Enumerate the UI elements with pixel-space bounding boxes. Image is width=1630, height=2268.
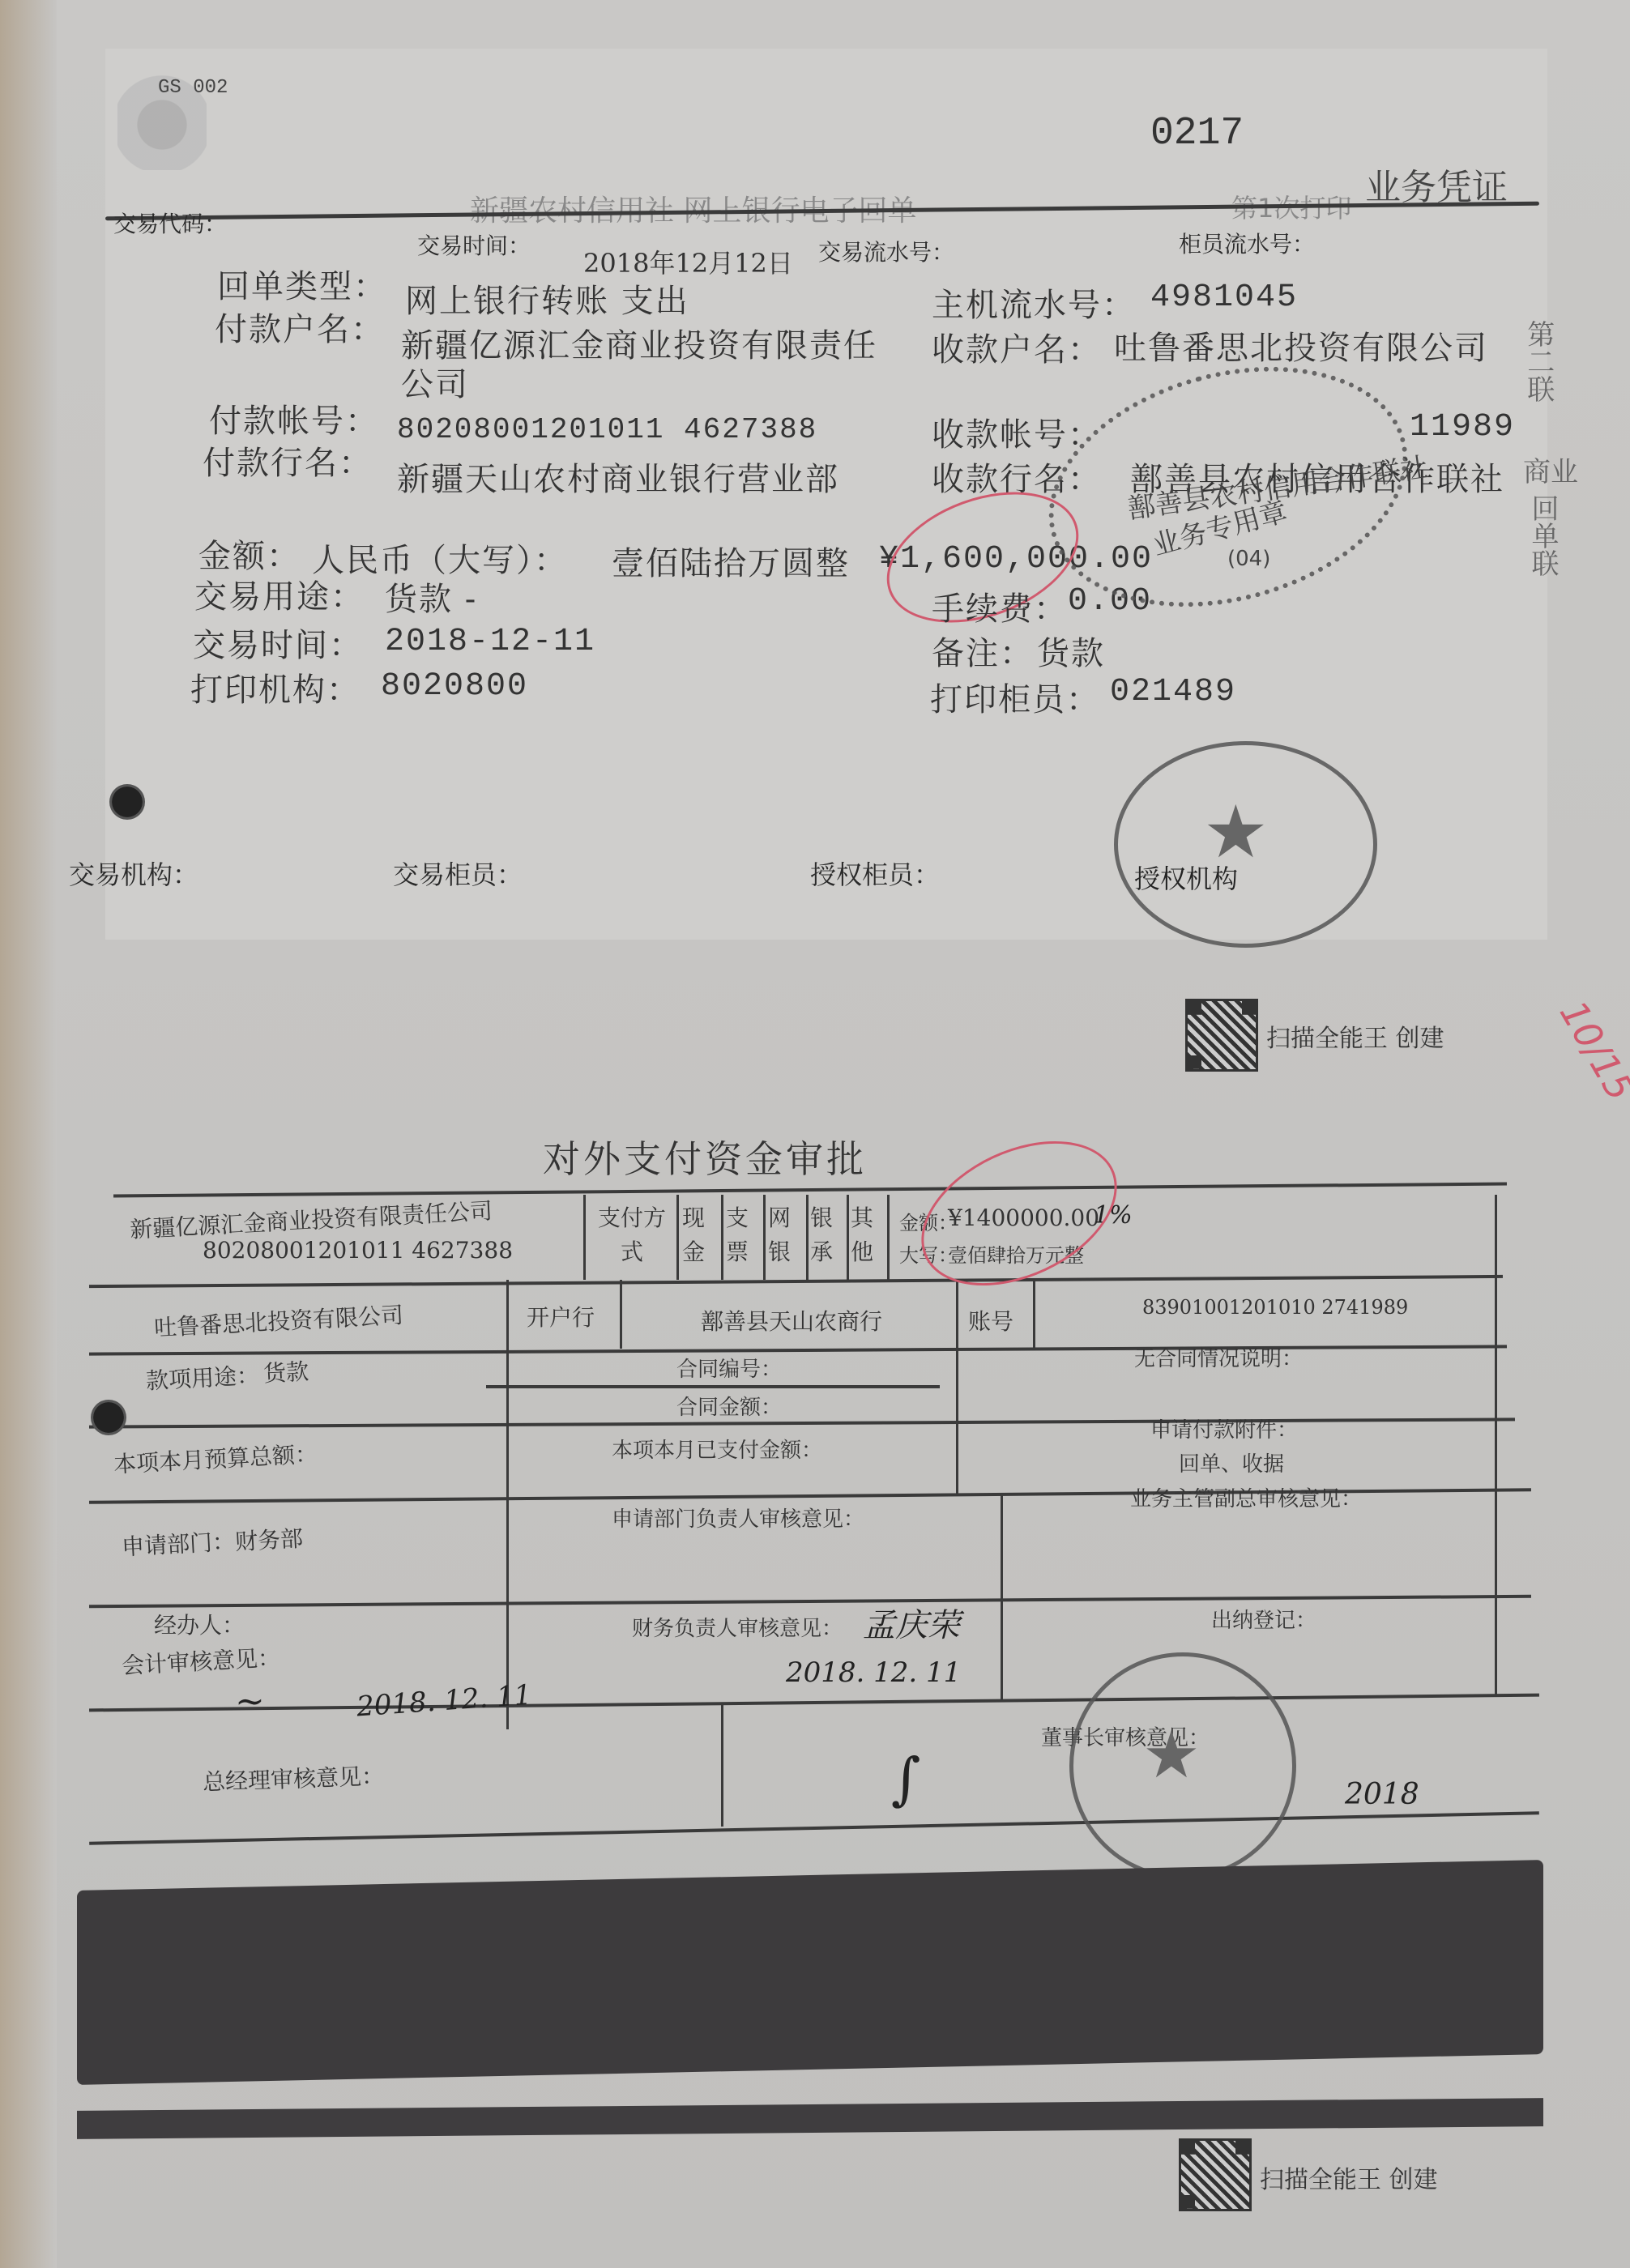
remark-value: 货款 bbox=[1037, 628, 1105, 674]
trade-code-label: 交易代码： bbox=[113, 207, 227, 239]
dept-head-opinion-label: 申请部门负责人审核意见： bbox=[612, 1503, 864, 1533]
bank-value: 鄯善县天山农商行 bbox=[701, 1304, 882, 1336]
scanner-watermark: 扫描全能王 创建 bbox=[1266, 1018, 1444, 1054]
payee-account-value: 11989 bbox=[1410, 409, 1515, 446]
bank-logo-icon bbox=[117, 57, 207, 170]
row-line bbox=[89, 1417, 1515, 1428]
side-mark-2: 二 bbox=[1522, 347, 1555, 375]
logo-code: GS 002 bbox=[158, 77, 228, 99]
payment-method-check[interactable]: 支票 bbox=[726, 1201, 762, 1269]
accountant-signature: ~ bbox=[235, 1681, 265, 1722]
punch-hole bbox=[91, 1400, 126, 1435]
bank-label: 开户行 bbox=[527, 1300, 595, 1332]
row-line bbox=[89, 1694, 1539, 1712]
payer-name-value: 新疆亿源汇金商业投资有限责任 bbox=[401, 320, 877, 366]
side-mark-bottom: 回单联 bbox=[1523, 494, 1563, 577]
chairman-date-initials: 2018 bbox=[1345, 1778, 1419, 1811]
attachments-value: 回单、收据 bbox=[1179, 1447, 1284, 1477]
monthly-paid-label: 本项本月已支付金额： bbox=[612, 1434, 822, 1464]
purpose-value: 货款 - bbox=[385, 573, 477, 620]
payment-method-other[interactable]: 其他 bbox=[851, 1201, 886, 1269]
teller-serial-label: 柜员流水号： bbox=[1179, 227, 1315, 259]
copy-mark: 第二联 bbox=[1521, 320, 1555, 403]
col-line bbox=[887, 1195, 890, 1280]
col-line bbox=[956, 1280, 958, 1349]
monthly-budget-label: 本项本月预算总额： bbox=[113, 1436, 318, 1479]
contract-no-label: 合同编号： bbox=[676, 1353, 782, 1383]
payee-name-value: 吐鲁番思北投资有限公司 bbox=[1114, 322, 1488, 369]
handler-label: 经办人： bbox=[154, 1608, 245, 1640]
chairman-signature: ∫ bbox=[891, 1746, 920, 1812]
host-serial-value: 4981045 bbox=[1150, 279, 1298, 316]
payer-bank-value: 新疆天山农村商业银行营业部 bbox=[397, 454, 839, 500]
side-mark-1: 第 bbox=[1522, 320, 1555, 347]
department-label: 申请部门： bbox=[121, 1524, 236, 1562]
stamp-code: (04) bbox=[1227, 547, 1270, 571]
col-line bbox=[1001, 1494, 1003, 1701]
row-line bbox=[113, 1182, 1507, 1197]
voucher-number: 0217 bbox=[1150, 112, 1244, 156]
cashier-label: 出纳登记： bbox=[1211, 1604, 1316, 1634]
purpose-value: 货款 bbox=[262, 1354, 309, 1389]
side-mark-3: 联 bbox=[1522, 375, 1555, 403]
col-line bbox=[763, 1195, 766, 1280]
fee-label: 手续费： bbox=[932, 583, 1068, 629]
payer-account-label: 付款帐号： bbox=[209, 395, 379, 441]
contract-amount-label: 合同金额： bbox=[676, 1391, 782, 1421]
star-icon: ★ bbox=[1142, 1717, 1201, 1793]
trade-teller-label: 交易柜员： bbox=[393, 855, 523, 892]
col-line bbox=[847, 1195, 849, 1280]
side-mark-7: 联 bbox=[1526, 549, 1559, 577]
payer-name-label: 付款户名： bbox=[215, 304, 385, 350]
col-line bbox=[1495, 1195, 1497, 1697]
trade-date-label: 交易时间： bbox=[193, 620, 363, 666]
host-serial-label: 主机流水号： bbox=[932, 279, 1136, 326]
trade-serial-label: 交易流水号： bbox=[818, 235, 954, 267]
form-title: 对外支付资金审批 bbox=[543, 1130, 867, 1183]
no-contract-label: 无合同情况说明： bbox=[1134, 1342, 1303, 1372]
payer-account: 80208001201011 4627388 bbox=[203, 1237, 513, 1264]
finance-head-signature: 孟庆荣 bbox=[863, 1600, 960, 1646]
col-line bbox=[956, 1349, 958, 1494]
print-teller-value: 021489 bbox=[1110, 674, 1236, 710]
amount-caps-value: 壹佰陆拾万圆整 bbox=[612, 538, 850, 584]
trade-date-value: 2018-12-11 bbox=[385, 624, 595, 660]
auth-org-label: 授权机构 bbox=[1134, 859, 1238, 896]
col-line bbox=[620, 1280, 622, 1349]
trade-time-label: 交易时间： bbox=[417, 228, 531, 261]
auth-teller-label: 授权柜员： bbox=[810, 855, 940, 892]
scanner-watermark: 扫描全能王 创建 bbox=[1260, 2159, 1438, 2195]
vp-opinion-label: 业务主管副总审核意见： bbox=[1130, 1482, 1362, 1512]
side-mark-6: 单 bbox=[1526, 522, 1559, 549]
finance-head-date: 2018. 12. 11 bbox=[786, 1656, 961, 1689]
payment-method-online[interactable]: 网银 bbox=[768, 1201, 804, 1269]
payee-name-label: 收款户名： bbox=[932, 324, 1102, 370]
side-mark-5: 回 bbox=[1526, 494, 1559, 522]
purpose-label: 交易用途： bbox=[194, 571, 365, 617]
qr-code-icon bbox=[1185, 999, 1258, 1072]
side-mark-commercial: 商业 bbox=[1523, 450, 1578, 489]
account-value: 83901001201010 2741989 bbox=[1142, 1296, 1408, 1319]
col-line bbox=[506, 1280, 509, 1729]
photocopy-dark-band bbox=[77, 1860, 1543, 2085]
qr-code-icon bbox=[1179, 2138, 1252, 2211]
col-line bbox=[676, 1195, 679, 1280]
gm-opinion-label: 总经理审核意见： bbox=[202, 1759, 384, 1797]
payee-company: 吐鲁番思北投资有限公司 bbox=[153, 1298, 404, 1343]
department-value: 财务部 bbox=[234, 1521, 304, 1557]
row-line bbox=[89, 1811, 1539, 1844]
approval-form: 新疆亿源汇金商业投资有限责任公司 80208001201011 4627388 … bbox=[89, 1179, 1539, 1843]
punch-hole bbox=[109, 784, 145, 820]
remark-label: 备注： bbox=[932, 628, 1034, 674]
payer-account-value: 80208001201011 4627388 bbox=[397, 413, 817, 446]
account-label: 账号 bbox=[968, 1304, 1013, 1336]
col-line bbox=[583, 1195, 586, 1280]
receipt-type-value: 网上银行转账 支出 bbox=[405, 275, 689, 322]
amount-label: 金额： bbox=[198, 531, 301, 577]
purpose-label: 款项用途： bbox=[145, 1358, 260, 1396]
col-line bbox=[806, 1195, 809, 1280]
accountant-opinion-label: 会计审核意见： bbox=[121, 1640, 281, 1681]
col-line bbox=[721, 1195, 723, 1280]
payer-name-value-line2: 公司 bbox=[401, 359, 469, 405]
paper-edge bbox=[0, 0, 57, 2268]
finance-head-opinion-label: 财务负责人审核意见： bbox=[632, 1612, 843, 1642]
col-line bbox=[721, 1705, 723, 1827]
print-org-value: 8020800 bbox=[381, 668, 528, 705]
payer-bank-label: 付款行名： bbox=[203, 437, 373, 484]
row-line bbox=[486, 1385, 940, 1388]
row-line bbox=[89, 1275, 1503, 1288]
payment-method-label: 支付方式 bbox=[591, 1201, 672, 1269]
print-teller-label: 打印柜员： bbox=[930, 674, 1100, 720]
trade-org-label: 交易机构： bbox=[69, 855, 198, 892]
attachments-label: 申请付款附件： bbox=[1150, 1413, 1298, 1443]
payment-method-cash[interactable]: 现金 bbox=[682, 1201, 718, 1269]
receipt-type-label: 回单类型： bbox=[217, 261, 387, 307]
payment-method-acceptance[interactable]: 银承 bbox=[810, 1201, 846, 1269]
col-line bbox=[1033, 1280, 1035, 1349]
print-org-label: 打印机构： bbox=[190, 664, 361, 710]
